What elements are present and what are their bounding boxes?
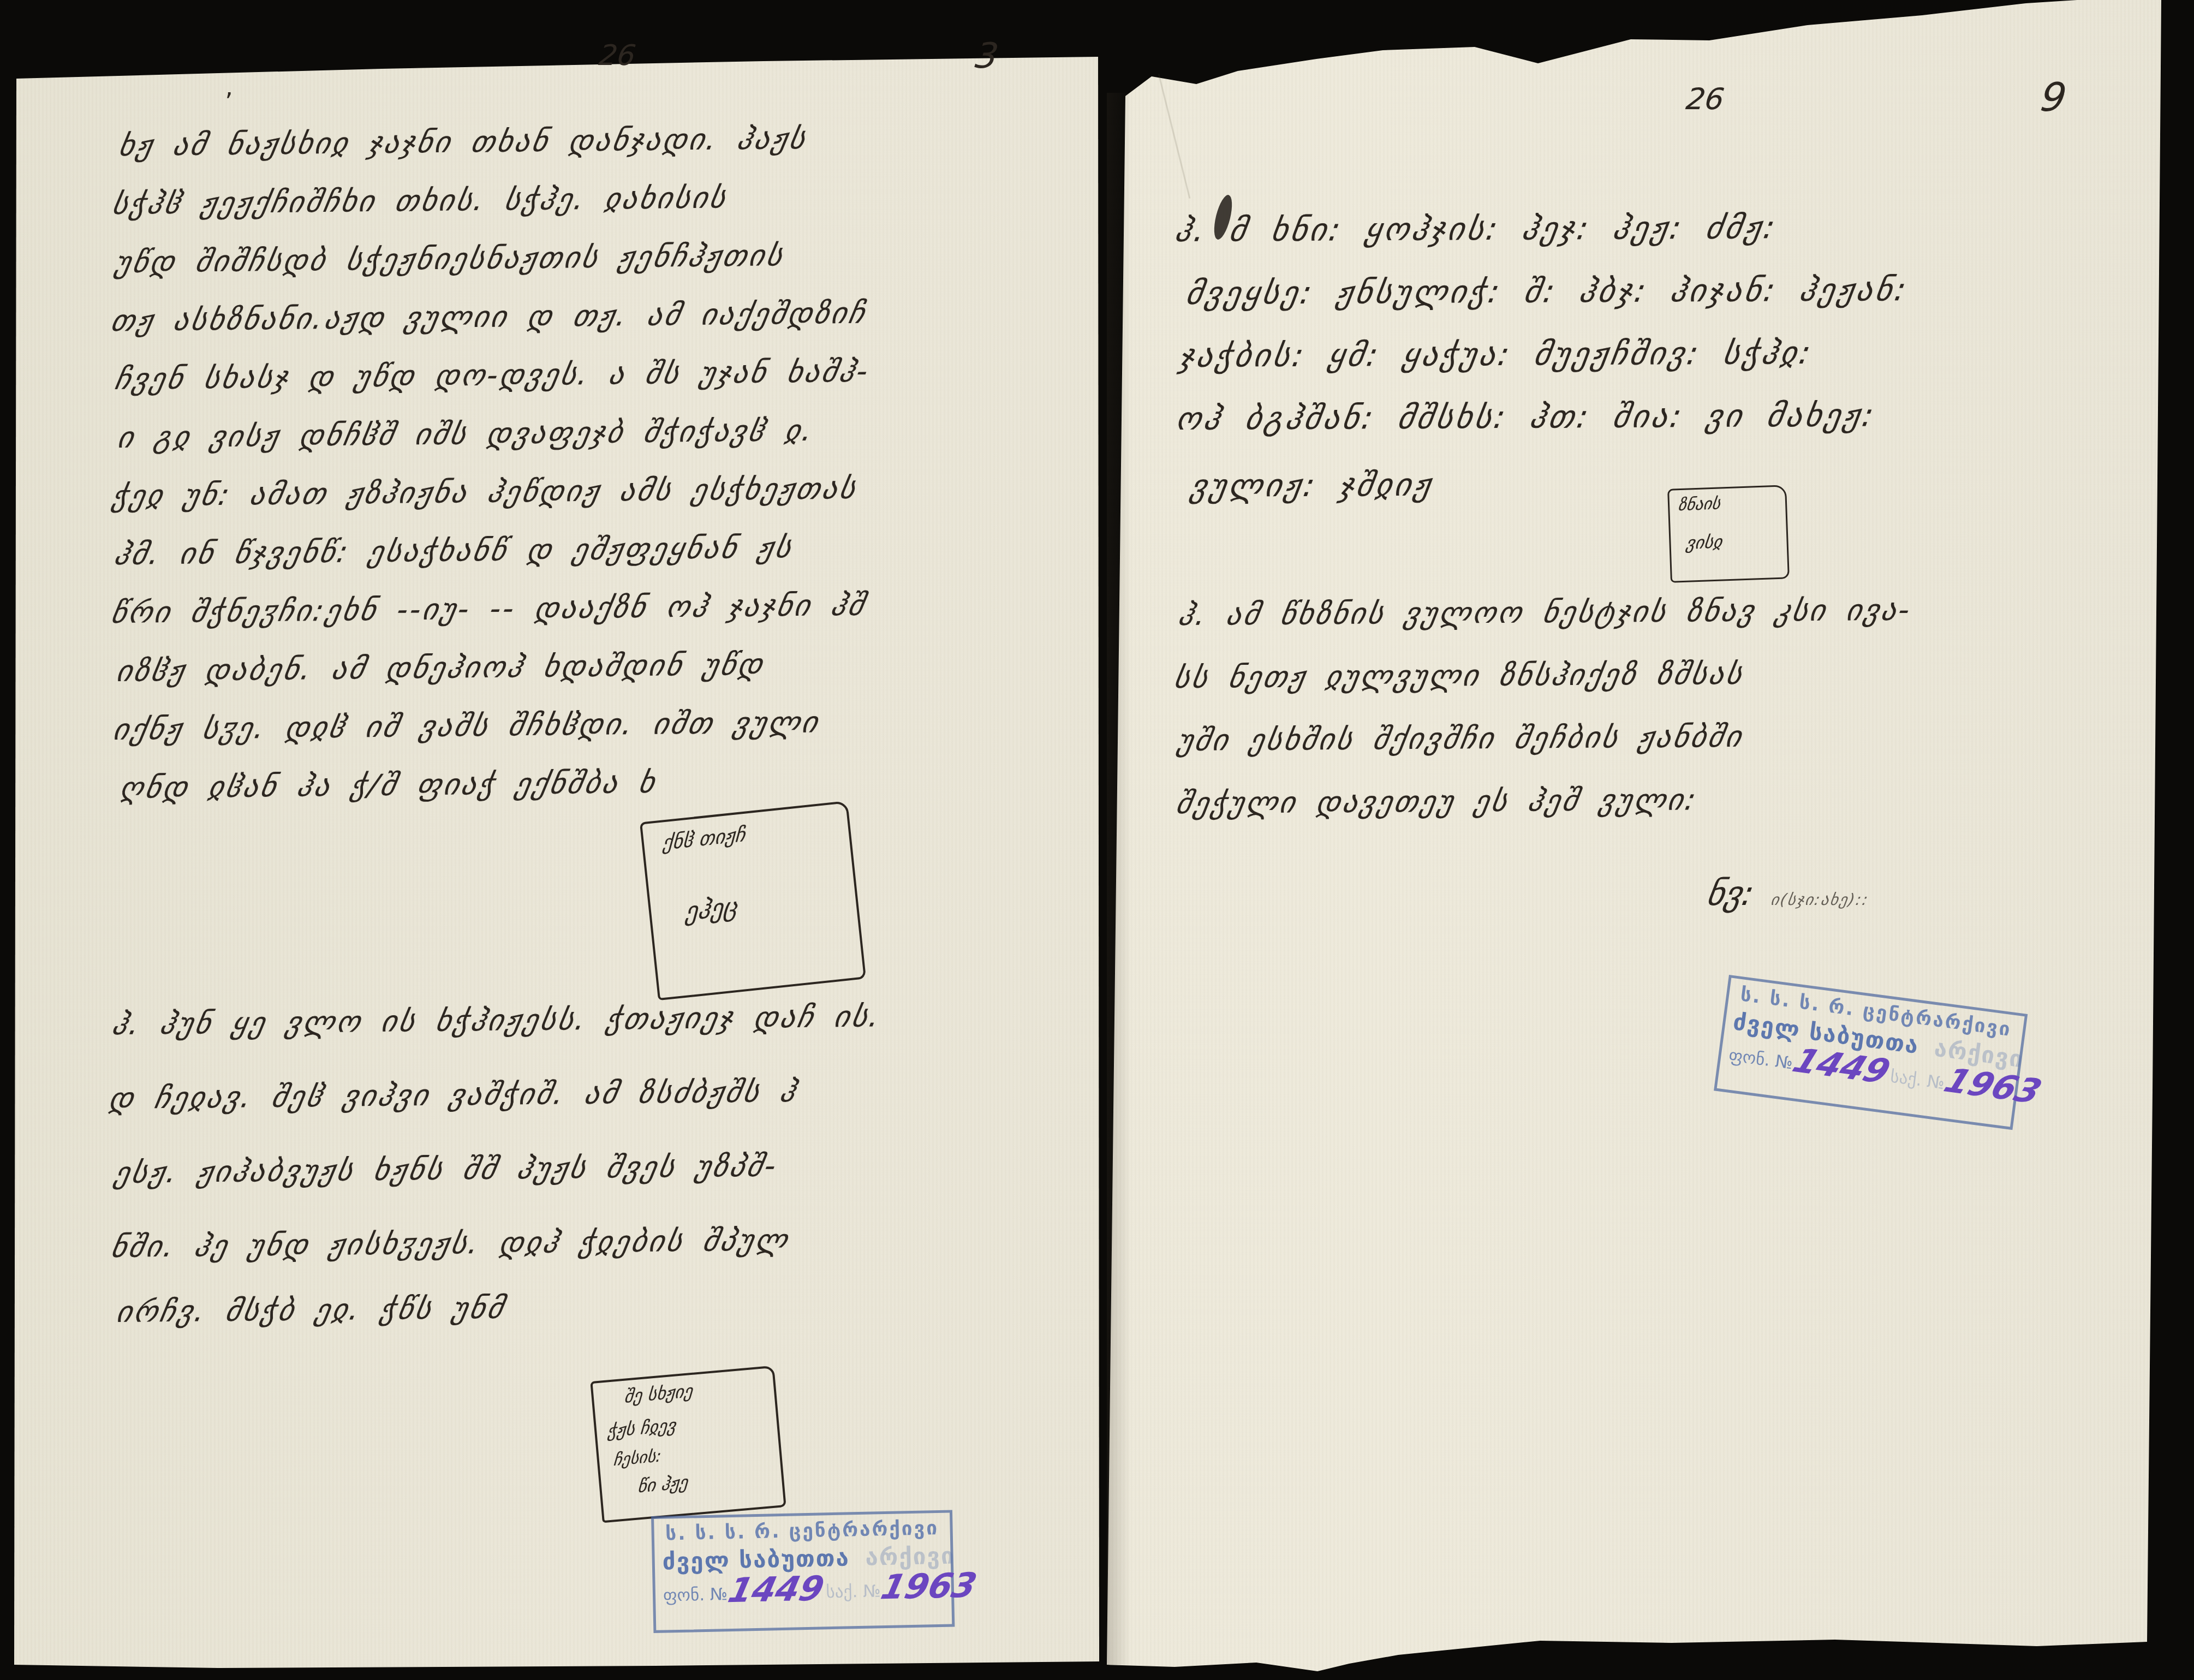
note-text: ი(სჯი:ახე):: bbox=[1769, 890, 1870, 909]
stamp-fond-label: ფონ. № bbox=[663, 1584, 728, 1605]
handwritten-line: ჰმ. ინ წჯვენწ: ესაჭხანწ დ ეშჟფეყნან ჟს bbox=[111, 530, 797, 571]
stamp-case-label: საქ. № bbox=[1889, 1067, 1946, 1093]
handwritten-line: ესჟ. ჟიჰაბვუჟს ხჟნს შშ ჰუჟს შვეს უზპშ- bbox=[111, 1148, 782, 1190]
box-text-line: ზნაის bbox=[1677, 494, 1722, 515]
marginal-note: ნვ: ი(სჯი:ახე):: bbox=[1704, 873, 1874, 913]
stamp-case-number: 1963 bbox=[879, 1571, 980, 1600]
stamp-fond-number: 1449 bbox=[726, 1575, 826, 1604]
corner-ink-mark: ’ bbox=[225, 87, 233, 117]
archival-scan: 26 3 ’ ხჟ ამ ნაჟსხიჲ ჯაჯნი თხან დანჯადი.… bbox=[0, 0, 2194, 1680]
handwritten-line: უწდ შიშჩსდბ სჭეჟნიესნაჟთის ჟენჩჰჟთის bbox=[112, 238, 788, 279]
stamp-line1: ს. ს. ს. რ. ცენტრარქივი bbox=[661, 1517, 943, 1545]
handwritten-line: ღნდ ჲჱან ჰა ჭ/შ ფიაჭ ექნშბა ხ bbox=[117, 765, 660, 805]
stamp-line3: ფონ. № 1449 საქ. № 1963 bbox=[663, 1570, 944, 1606]
handwritten-line: უში ესხშის შქივშჩი შეჩბის ჟანბში bbox=[1174, 719, 1746, 758]
handwritten-line: ჰ. მ ხნი: ყოჰჯის: ჰეჯ: ჰეჟ: ძმჟ: bbox=[1172, 208, 1780, 249]
handwritten-line: სს ნეთჟ ჲულვული ზნსჰიქეზ ზშსას bbox=[1171, 657, 1747, 695]
stamp-case-label: საქ. № bbox=[826, 1581, 881, 1602]
note-label: ნვ: bbox=[1704, 873, 1757, 913]
drawn-annotation-box: ქნჱ თიჟჩ ეჰეც bbox=[640, 801, 866, 1000]
handwritten-line: ი გჲ ვისჟ დნჩჱშ იშს დვაფეჯბ შჭიჭავჱ ჲ. bbox=[115, 413, 818, 455]
box-text-line: ჩესის: bbox=[613, 1446, 663, 1470]
handwritten-line: ჯაჭბის: ყმ: ყაჭუა: მუეჟჩშივ: სჭჰჲ: bbox=[1177, 334, 1816, 374]
handwritten-line: დ ჩეჲავ. შეჱ ვიჰვი ვაშჭიშ. ამ ზსძბჟშს ჰ bbox=[106, 1074, 801, 1116]
stamp-fond-number: 1449 bbox=[1790, 1047, 1893, 1085]
handwritten-line: სჭჰჱ ჟეჟქჩიშჩხი თხის. სჭჰე. ჲახისის bbox=[109, 180, 731, 221]
box-text-line: ჭჟს ჩჲევ bbox=[607, 1415, 677, 1441]
handwritten-line: მვეყსე: ჟნსულიჭ: შ: ჰბჯ: ჰიჯან: ჰეჟან: bbox=[1183, 271, 1911, 312]
handwritten-line: შეჭული დავეთეუ ეს ჰეშ ვული: bbox=[1173, 782, 1701, 820]
handwritten-line: ხჟ ამ ნაჟსხიჲ ჯაჯნი თხან დანჯადი. ჰაჟს bbox=[116, 121, 810, 163]
box-text-line: შე სხჟიე bbox=[623, 1380, 694, 1407]
stamp-case-number: 1963 bbox=[1941, 1067, 2045, 1105]
handwritten-line: ოჰ ბგჰშან: მშსხს: ჰთ: შია: ვი მახეჟ: bbox=[1173, 396, 1879, 437]
box-text-line: წი ჰჟე bbox=[637, 1472, 689, 1497]
box-text-line: ვისჲ bbox=[1685, 531, 1724, 553]
handwritten-line: იზჱჟ დაბენ. ამ დნეჰიოჰ ხდაშდინ უწდ bbox=[114, 647, 768, 688]
right-folio-number: 26 bbox=[1684, 82, 1727, 116]
box-text-line: ეჰეც bbox=[684, 891, 739, 927]
handwritten-line: ირჩვ. მსჭბ ეჲ. ჭწს უნმ bbox=[114, 1291, 509, 1329]
stamp-fond-label: ფონ. № bbox=[1727, 1045, 1794, 1073]
handwritten-line: ნში. ჰე უნდ ჟისხჳეჟს. დჲჰ ჭჲების შპულ bbox=[108, 1223, 793, 1264]
archive-stamp: ს. ს. ს. რ. ცენტრარქივი ძველ საბუთთა არქ… bbox=[651, 1510, 955, 1633]
drawn-annotation-box: ზნაის ვისჲ bbox=[1667, 485, 1790, 583]
left-folio-number: 26 bbox=[597, 39, 638, 72]
drawn-annotation-box: შე სხჟიე ჭჟს ჩჲევ ჩესის: წი ჰჟე bbox=[590, 1366, 786, 1523]
box-text-line: ქნჱ თიჟჩ bbox=[662, 824, 746, 855]
handwritten-line: ვულიჟ: ჯშჲიჟ bbox=[1188, 466, 1436, 504]
handwritten-line: ჰ. ამ წხზნის ვულოო ნესტჯის ზნავ კსი ივა- bbox=[1176, 593, 1915, 632]
